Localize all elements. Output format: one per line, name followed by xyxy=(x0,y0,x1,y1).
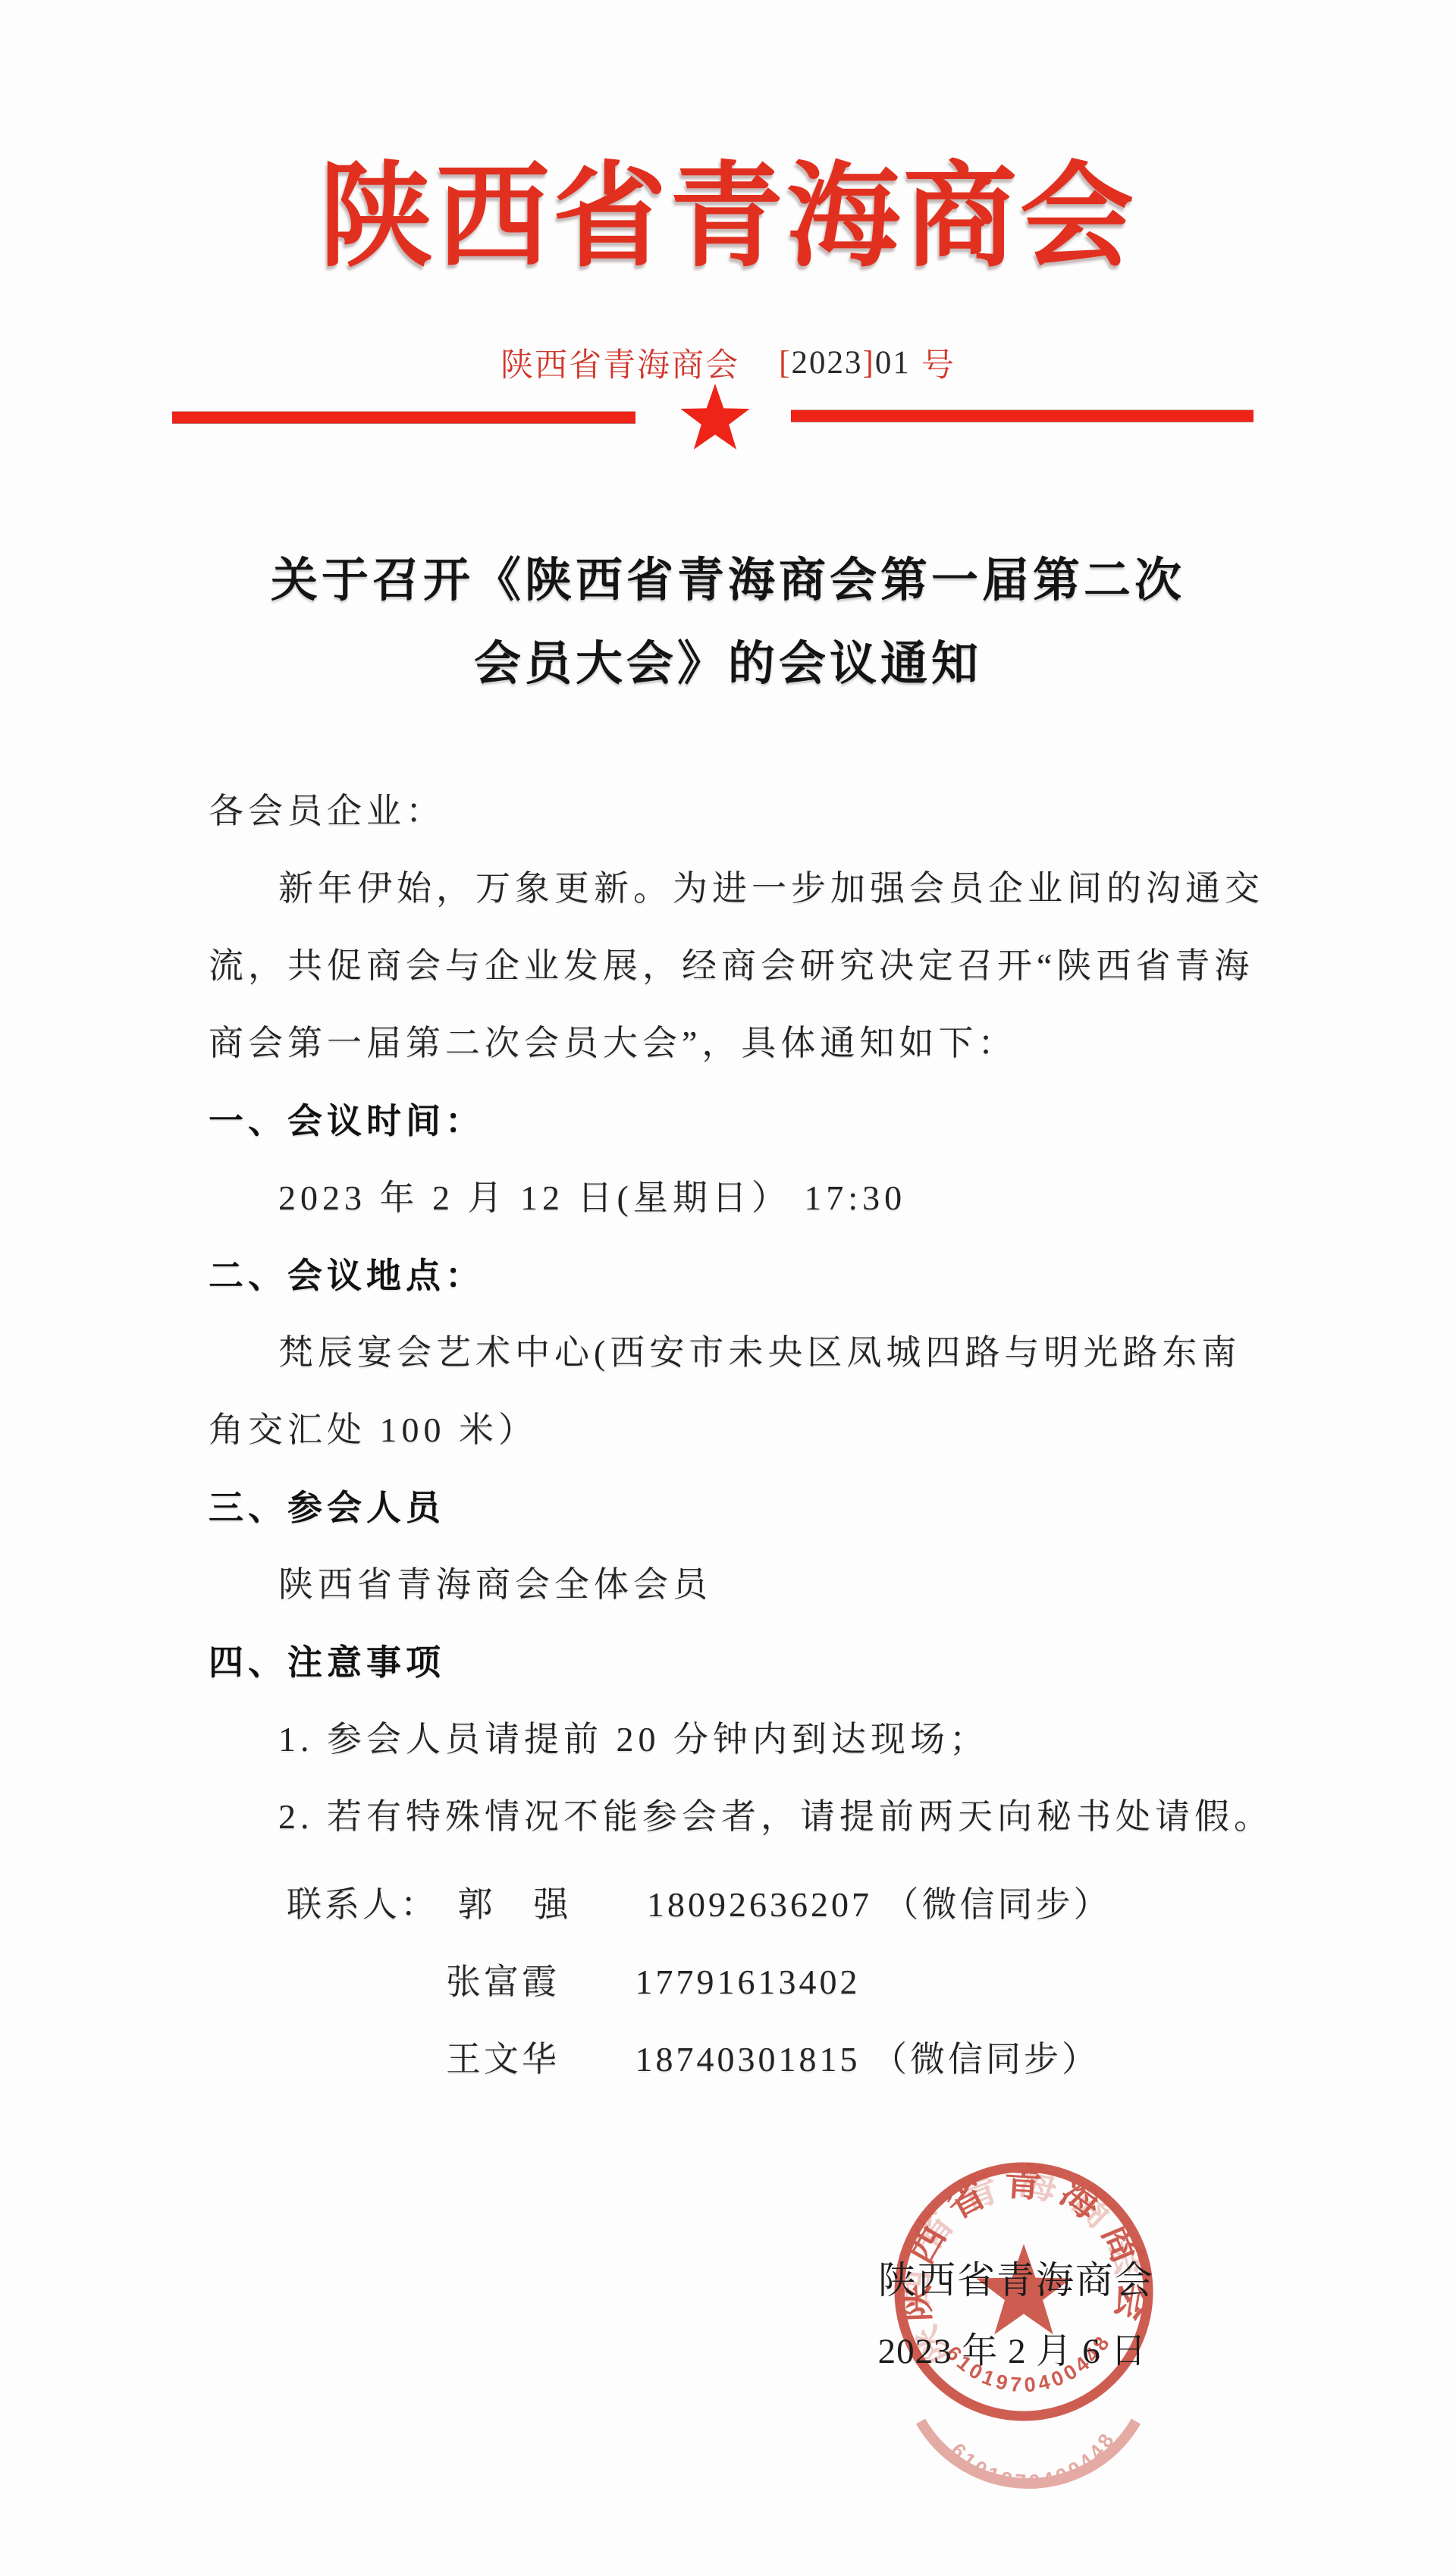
notice-item-2: 2. 若有特殊情况不能参会者，请提前两天向秘书处请假。 xyxy=(209,1791,1348,1843)
attendees-value: 陕西省青海商会全体会员 xyxy=(209,1559,1348,1611)
contact-2-phone: 17791613402 xyxy=(635,1963,861,2001)
section-3-title: 三、参会人员 xyxy=(209,1482,1278,1533)
signature-org: 陕西省青海商会 xyxy=(864,2257,1168,2304)
contact-2-name: 张富霞 xyxy=(446,1956,623,2008)
contact-3-name: 王文华 xyxy=(446,2034,623,2085)
stamp-serial-smear: 6101970400448 xyxy=(946,2427,1121,2493)
contact-row-3: 王文华 18740301815 （微信同步） xyxy=(446,2034,1100,2085)
stamp-smear: 6101970400448 xyxy=(921,2421,1136,2493)
doc-number-org: 陕西省青海商会 xyxy=(500,340,739,386)
contact-3-phone: 18740301815 xyxy=(635,2040,861,2079)
paragraph-line-1: 新年伊始，万象更新。为进一步加强会员企业间的沟通交 xyxy=(209,863,1348,915)
document-title-line2: 会员大会》的会议通知 xyxy=(0,634,1456,695)
contact-1-note: （微信同步） xyxy=(884,1885,1112,1924)
doc-number-year: 2023 xyxy=(792,344,863,381)
doc-number-serial: 01 xyxy=(875,344,911,381)
contact-1-name: 郭 强 xyxy=(458,1879,635,1931)
contact-1-phone: 18092636207 xyxy=(647,1885,872,1924)
divider-rule-right xyxy=(791,410,1254,422)
signature-date: 2023 年 2 月 6 日 xyxy=(864,2328,1160,2375)
org-title: 陕西省青海商会 xyxy=(0,155,1456,281)
divider-rule-left xyxy=(172,412,635,423)
notice-item-1: 1. 参会人员请提前 20 分钟内到达现场； xyxy=(209,1714,1348,1765)
paragraph-line-2: 流，共促商会与企业发展，经商会研究决定召开“陕西省青海 xyxy=(209,940,1278,992)
contact-3-note: （微信同步） xyxy=(872,2040,1100,2079)
contact-row-1: 联系人： 郭 强 18092636207 （微信同步） xyxy=(287,1879,1112,1931)
doc-number-line: 陕西省青海商会 [ 2023 ] 01 号 xyxy=(0,340,1456,385)
doc-number-open-bracket: [ xyxy=(779,344,791,381)
star-icon xyxy=(679,384,752,453)
svg-text:6101970400448: 6101970400448 xyxy=(946,2427,1121,2493)
section-1-title: 一、会议时间： xyxy=(209,1095,1278,1147)
doc-number-close-bracket: ] xyxy=(863,344,875,381)
meeting-place-line-1: 梵辰宴会艺术中心(西安市未央区凤城四路与明光路东南 xyxy=(209,1327,1348,1379)
salutation-line: 各会员企业： xyxy=(209,786,1278,837)
paragraph-line-3: 商会第一届第二次会员大会”，具体通知如下： xyxy=(209,1018,1278,1069)
document-page: 陕西省青海商会 陕西省青海商会 [ 2023 ] 01 号 关于召开《陕西省青海… xyxy=(0,0,1456,2576)
contact-row-2: 张富霞 17791613402 xyxy=(446,1956,861,2008)
section-4-title: 四、注意事项 xyxy=(209,1636,1278,1688)
section-2-title: 二、会议地点： xyxy=(209,1250,1278,1301)
document-title-line1: 关于召开《陕西省青海商会第一届第二次 xyxy=(0,551,1456,611)
doc-number-suffix: 号 xyxy=(921,340,955,386)
contact-label: 联系人： xyxy=(287,1879,446,1931)
meeting-place-line-2: 角交汇处 100 米） xyxy=(209,1404,1278,1456)
meeting-time-value: 2023 年 2 月 12 日(星期日） 17:30 xyxy=(209,1172,1348,1224)
